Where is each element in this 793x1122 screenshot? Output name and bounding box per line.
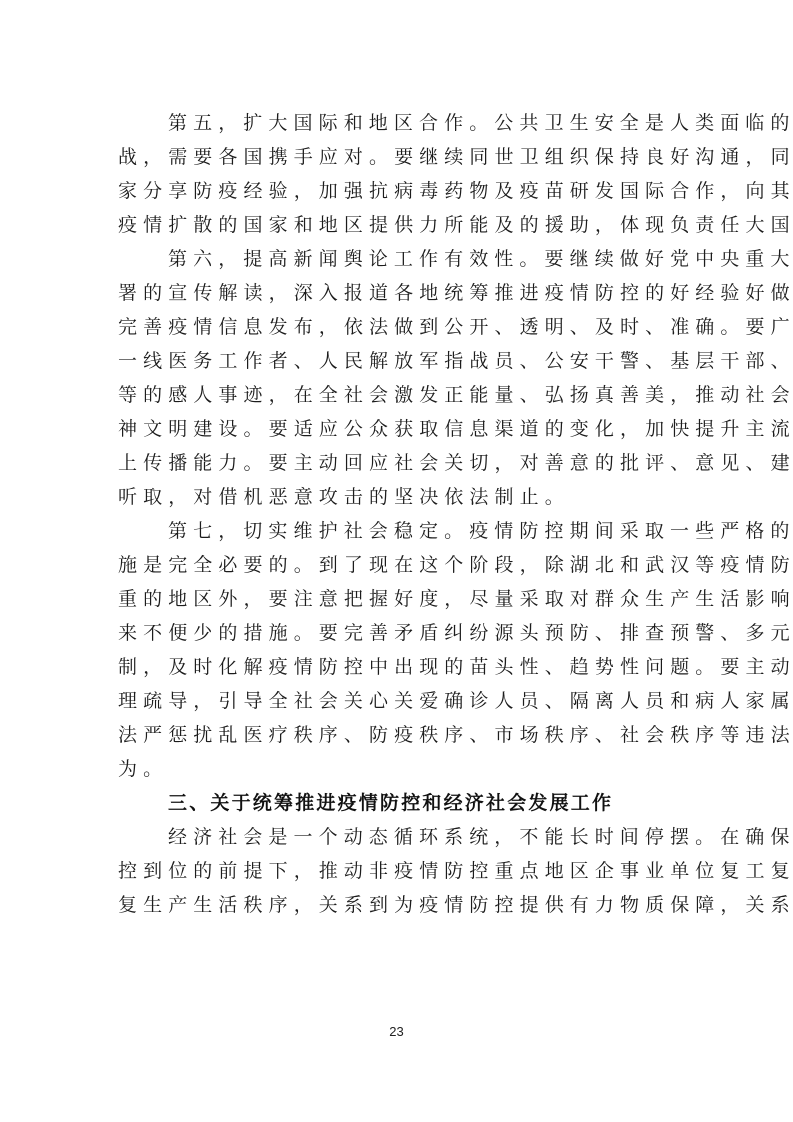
text-line: 控到位的前提下，推动非疫情防控重点地区企事业单位复工复产，恢 [118, 854, 674, 888]
text-line: 疫情扩散的国家和地区提供力所能及的援助，体现负责任大国担当。 [118, 208, 674, 242]
text-line: 署的宣传解读，深入报道各地统筹推进疫情防控的好经验好做法。要 [118, 276, 674, 310]
paragraph-section-three-intro: 经济社会是一个动态循环系统，不能长时间停摆。在确保疫情防 控到位的前提下，推动非… [118, 820, 674, 922]
text-line: 施是完全必要的。到了现在这个阶段，除湖北和武汉等疫情防控任务 [118, 548, 674, 582]
document-page: 第五，扩大国际和地区合作。公共卫生安全是人类面临的共同挑 战，需要各国携手应对。… [0, 0, 793, 1122]
text-line: 法严惩扰乱医疗秩序、防疫秩序、市场秩序、社会秩序等违法犯罪行 [118, 718, 674, 752]
text-line: 神文明建设。要适应公众获取信息渠道的变化，加快提升主流媒体网 [118, 412, 674, 446]
page-number: 23 [0, 1024, 793, 1039]
text-line: 上传播能力。要主动回应社会关切，对善意的批评、意见、建议认真 [118, 446, 674, 480]
body-text: 第五，扩大国际和地区合作。公共卫生安全是人类面临的共同挑 战，需要各国携手应对。… [118, 106, 674, 922]
text-line: 听取，对借机恶意攻击的坚决依法制止。 [118, 480, 674, 514]
paragraph-point-seven: 第七，切实维护社会稳定。疫情防控期间采取一些严格的管控措 施是完全必要的。到了现… [118, 514, 674, 786]
text-line: 来不便少的措施。要完善矛盾纠纷源头预防、排查预警、多元化解机 [118, 616, 674, 650]
text-line: 复生产生活秩序，关系到为疫情防控提供有力物质保障，关系到民生 [118, 888, 674, 922]
text-line: 制，及时化解疫情防控中出现的苗头性、趋势性问题。要主动做好心 [118, 650, 674, 684]
paragraph-point-five: 第五，扩大国际和地区合作。公共卫生安全是人类面临的共同挑 战，需要各国携手应对。… [118, 106, 674, 242]
text-line: 一线医务工作者、人民解放军指战员、公安干警、基层干部、志愿者 [118, 344, 674, 378]
text-line: 战，需要各国携手应对。要继续同世卫组织保持良好沟通，同有关国 [118, 140, 674, 174]
text-line: 第七，切实维护社会稳定。疫情防控期间采取一些严格的管控措 [118, 514, 674, 548]
section-heading: 三、关于统筹推进疫情防控和经济社会发展工作 [118, 786, 674, 820]
section-title: 三、关于统筹推进疫情防控和经济社会发展工作 [118, 786, 674, 820]
text-line: 家分享防疫经验，加强抗病毒药物及疫苗研发国际合作，向其他出现 [118, 174, 674, 208]
text-line: 第六，提高新闻舆论工作有效性。要继续做好党中央重大决策部 [118, 242, 674, 276]
paragraph-point-six: 第六，提高新闻舆论工作有效性。要继续做好党中央重大决策部 署的宣传解读，深入报道… [118, 242, 674, 514]
text-line: 等的感人事迹，在全社会激发正能量、弘扬真善美，推动社会主义精 [118, 378, 674, 412]
text-line: 为。 [118, 752, 674, 786]
text-line: 理疏导，引导全社会关心关爱确诊人员、隔离人员和病人家属。要依 [118, 684, 674, 718]
text-line: 完善疫情信息发布，依法做到公开、透明、及时、准确。要广泛宣传 [118, 310, 674, 344]
text-line: 第五，扩大国际和地区合作。公共卫生安全是人类面临的共同挑 [118, 106, 674, 140]
text-line: 重的地区外，要注意把握好度，尽量采取对群众生产生活影响小、带 [118, 582, 674, 616]
text-line: 经济社会是一个动态循环系统，不能长时间停摆。在确保疫情防 [118, 820, 674, 854]
